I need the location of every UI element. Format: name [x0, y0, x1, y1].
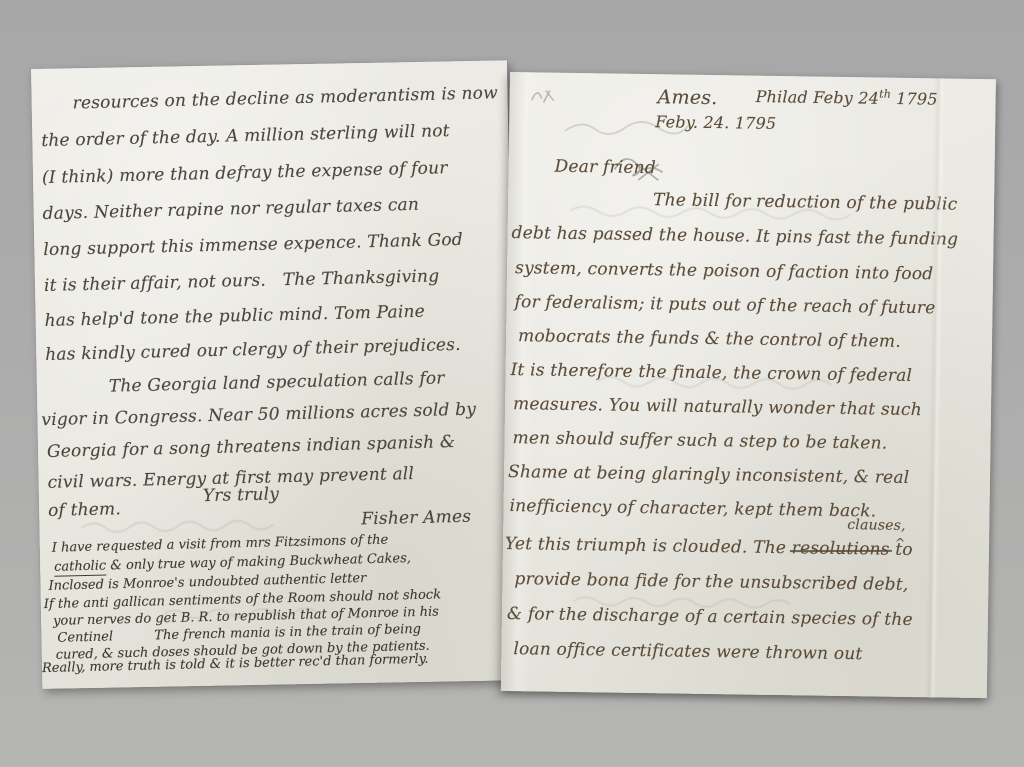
letter-line: men should suffer such a step to be take… — [512, 428, 887, 455]
letter-line: long support this immense expence. Thank… — [43, 230, 463, 261]
closing-line: Yrs truly — [203, 484, 280, 507]
date-repeat: Feby. 24. 1795 — [655, 112, 776, 134]
letter-line: loan office certificates were thrown out — [513, 639, 862, 665]
letter-page-left: resources on the decline as moderantism … — [31, 60, 518, 689]
letter-line: It is therefore the finale, the crown of… — [510, 360, 912, 387]
letter-line: vigor in Congress. Near 50 millions acre… — [41, 400, 476, 432]
letter-line: & for the discharge of a certain species… — [507, 604, 913, 631]
signature: Fisher Ames — [361, 507, 471, 531]
letter-line: (I think) more than defray the expense o… — [42, 158, 448, 189]
letter-line: resources on the decline as moderantism … — [72, 83, 498, 115]
letter-line-with-strikethrough: Yet this triumph is clouded. The resolut… — [505, 534, 913, 561]
dateline: Philad Feby 24th 1795 — [756, 86, 938, 110]
letter-line: days. Neither rapine nor regular taxes c… — [42, 195, 419, 225]
letter-line: has help'd tone the public mind. Tom Pai… — [44, 302, 425, 333]
letter-line: Shame at being glaringly inconsistent, &… — [508, 462, 910, 489]
letter-line: debt has passed the house. It pins fast … — [511, 223, 958, 251]
letter-line: system, converts the poison of faction i… — [515, 258, 934, 285]
letter-line: The Georgia land speculation calls for — [109, 368, 445, 397]
dateline-year: 1795 — [891, 89, 938, 109]
ordinal-superscript: th — [879, 87, 891, 100]
letter-line: inefficiency of character, kept them bac… — [509, 496, 876, 523]
letter-line: Georgia for a song threatens indian span… — [47, 432, 456, 463]
underlined-word: catholic — [54, 558, 106, 576]
letter-line: of them. — [48, 499, 121, 522]
letter-line: has kindly cured our clergy of their pre… — [45, 335, 461, 366]
letter-line: for federalism; it puts out of the reach… — [514, 292, 935, 319]
dateline-place-day: Philad Feby 24 — [756, 87, 880, 108]
docket-name: Ames. — [657, 86, 717, 111]
letter-line: The bill for reduction of the public — [653, 190, 958, 216]
letter-line: mobocrats the funds & the control of the… — [518, 326, 901, 353]
interlinear-insertion: clauses, — [847, 517, 906, 535]
letter-page-right: Ames. Philad Feby 24th 1795 Feby. 24. 17… — [501, 72, 996, 698]
struck-word: resolutions — [792, 538, 890, 559]
photograph-of-letter: resources on the decline as moderantism … — [0, 0, 1024, 767]
letter-text: Yet this triumph is clouded. The — [505, 534, 792, 558]
pencil-scribble — [525, 82, 565, 107]
insertion-caret: ^ — [895, 536, 905, 551]
salutation: Dear friend — [554, 157, 656, 180]
letter-line: measures. You will naturally wonder that… — [513, 394, 922, 421]
letter-line: the order of the day. A million sterling… — [41, 121, 450, 152]
letter-line: it is their affair, not ours. The Thanks… — [44, 266, 440, 297]
